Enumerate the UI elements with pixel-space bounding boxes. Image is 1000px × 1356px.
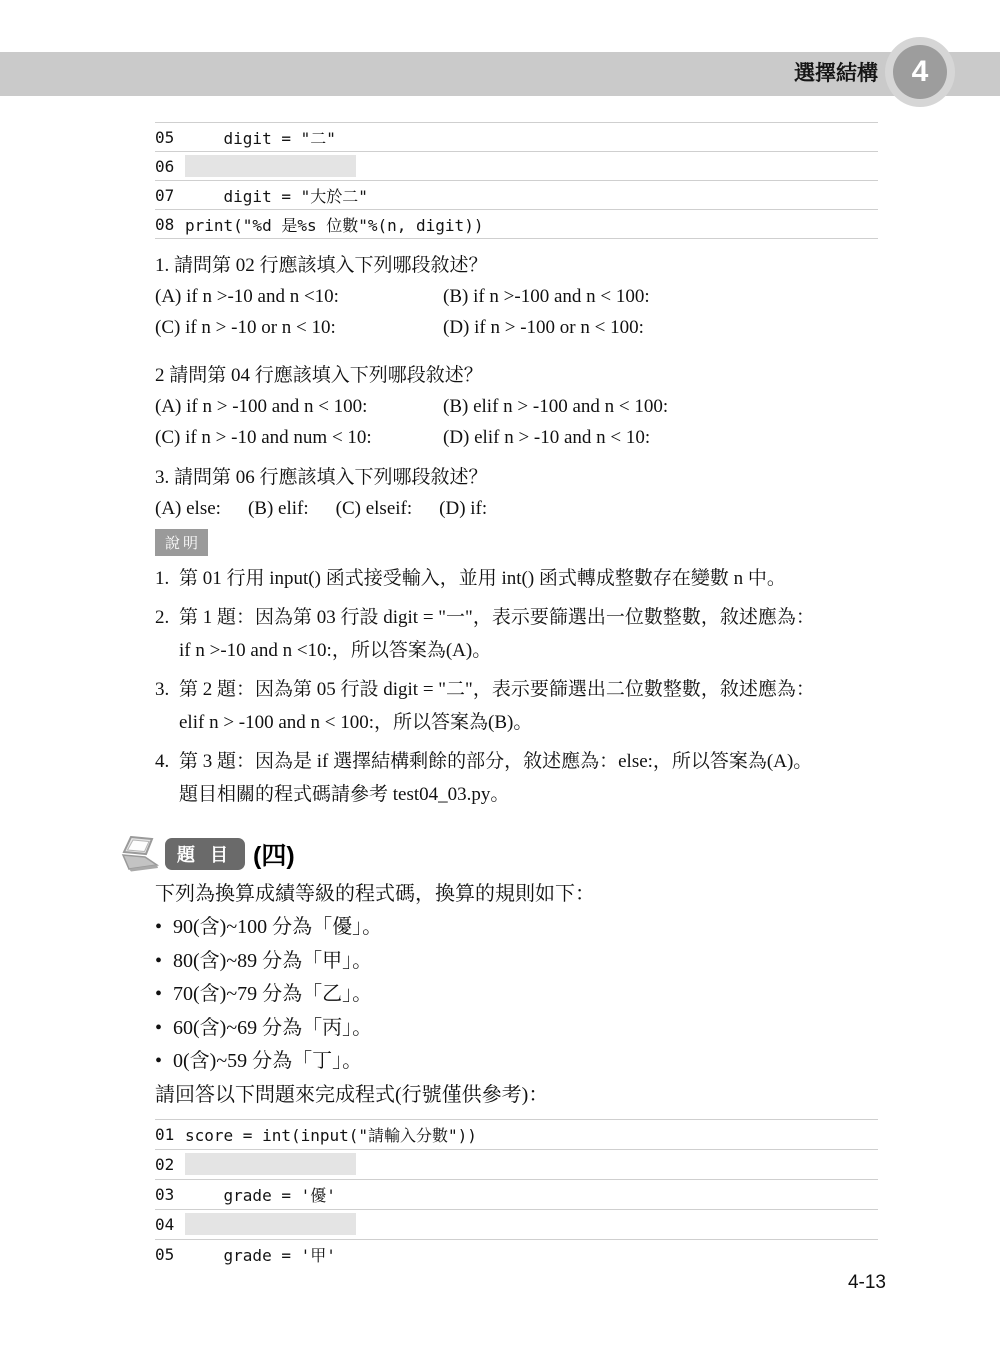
topic-header: 題 目 (四)	[117, 835, 878, 873]
bullet-icon: •	[155, 1045, 173, 1079]
option-c: (C) if n > -10 and num < 10:	[155, 422, 443, 453]
question-2-text: 2 請問第 04 行應該填入下列哪段敘述？	[155, 361, 878, 391]
line-number: 04	[155, 1215, 182, 1234]
chapter-header-bar: 選擇結構 4	[0, 52, 1000, 96]
option-a: (A) else:	[155, 493, 221, 524]
chapter-title: 選擇結構	[794, 52, 878, 96]
line-number: 03	[155, 1185, 182, 1204]
laptop-icon	[117, 836, 163, 872]
chapter-number: 4	[893, 45, 947, 99]
explanation-line: elif n > -100 and n < 100:，所以答案為(B)。	[179, 706, 878, 739]
code-row-02: 02	[155, 1149, 878, 1179]
option-b: (B) elif n > -100 and n < 100:	[443, 391, 878, 422]
question-3-options: (A) else: (B) elif: (C) elseif: (D) if:	[155, 493, 878, 524]
explanation-badge: 說明	[155, 529, 208, 556]
code-row-05: 05 grade = '甲'	[155, 1239, 878, 1269]
code-listing-bottom: 01 score = int(input("請輸入分數")) 02 03 gra…	[155, 1119, 878, 1269]
code-row-01: 01 score = int(input("請輸入分數"))	[155, 1119, 878, 1149]
topic-intro: 下列為換算成績等級的程式碼，換算的規則如下：	[155, 878, 878, 911]
option-a: (A) if n > -100 and n < 100:	[155, 391, 443, 422]
option-a: (A) if n >-10 and n <10:	[155, 281, 443, 312]
option-c: (C) if n > -10 or n < 10:	[155, 312, 443, 343]
code-text: digit = "大於二"	[185, 184, 368, 207]
bullet-icon: •	[155, 911, 173, 945]
line-number: 05	[155, 1245, 182, 1264]
topic-badge: 題 目	[165, 838, 245, 870]
line-number: 02	[155, 1155, 182, 1174]
option-b: (B) elif:	[248, 493, 309, 524]
code-row-03: 03 grade = '優'	[155, 1179, 878, 1209]
rule-text: 70(含)~79 分為「乙」。	[173, 978, 372, 1012]
code-listing-top: 05 digit = "二" 06 07 digit = "大於二" 08 pr…	[155, 122, 878, 239]
explanation-item-4: 4. 第 3 題：因為是 if 選擇結構剩餘的部分，敘述應為：else:，所以答…	[155, 745, 878, 811]
code-row-08: 08 print("%d 是%s 位數"%(n, digit))	[155, 209, 878, 238]
explanation-item-number: 3.	[155, 673, 179, 739]
line-number: 07	[155, 186, 182, 205]
blank-fill-box	[185, 1213, 356, 1235]
question-2: 2 請問第 04 行應該填入下列哪段敘述？ (A) if n > -100 an…	[155, 361, 878, 453]
code-text: grade = '優'	[185, 1183, 336, 1206]
code-text: digit = "二"	[185, 126, 336, 149]
explanation-item-3: 3. 第 2 題：因為第 05 行設 digit = "二"，表示要篩選出二位數…	[155, 673, 878, 739]
code-row-06: 06	[155, 151, 878, 180]
explanation-line: if n >-10 and n <10:，所以答案為(A)。	[179, 634, 878, 667]
option-d: (D) if:	[439, 493, 487, 524]
rule-bullet-4: • 60(含)~69 分為「丙」。	[155, 1012, 878, 1046]
line-number: 06	[155, 157, 182, 176]
option-b: (B) if n >-100 and n < 100:	[443, 281, 878, 312]
explanation-item-2: 2. 第 1 題：因為第 03 行設 digit = "一"，表示要篩選出一位數…	[155, 601, 878, 667]
rule-text: 0(含)~59 分為「丁」。	[173, 1045, 362, 1079]
chapter-number-badge: 4	[885, 37, 955, 107]
code-text: score = int(input("請輸入分數"))	[185, 1123, 477, 1146]
code-row-07: 07 digit = "大於二"	[155, 180, 878, 209]
bullet-icon: •	[155, 945, 173, 979]
bullet-icon: •	[155, 978, 173, 1012]
question-1-options: (A) if n >-10 and n <10: (B) if n >-100 …	[155, 281, 878, 343]
rule-text: 80(含)~89 分為「甲」。	[173, 945, 372, 979]
rule-bullet-3: • 70(含)~79 分為「乙」。	[155, 978, 878, 1012]
explanation-item-number: 4.	[155, 745, 179, 811]
explanation-line: 第 2 題：因為第 05 行設 digit = "二"，表示要篩選出二位數整數，…	[179, 673, 878, 706]
option-c: (C) elseif:	[336, 493, 413, 524]
option-d: (D) elif n > -10 and n < 10:	[443, 422, 878, 453]
explanation-line: 題目相關的程式碼請參考 test04_03.py。	[179, 778, 878, 811]
rule-bullet-2: • 80(含)~89 分為「甲」。	[155, 945, 878, 979]
question-3: 3. 請問第 06 行應該填入下列哪段敘述？ (A) else: (B) eli…	[155, 463, 878, 524]
blank-fill-box	[185, 155, 356, 177]
explanation-line: 第 1 題：因為第 03 行設 digit = "一"，表示要篩選出一位數整數，…	[179, 601, 878, 634]
line-number: 05	[155, 128, 182, 147]
code-row-04: 04	[155, 1209, 878, 1239]
code-text: grade = '甲'	[185, 1243, 336, 1266]
question-2-options: (A) if n > -100 and n < 100: (B) elif n …	[155, 391, 878, 453]
explanation-item-number: 2.	[155, 601, 179, 667]
rule-text: 90(含)~100 分為「優」。	[173, 911, 382, 945]
line-number: 01	[155, 1125, 182, 1144]
page-content: 05 digit = "二" 06 07 digit = "大於二" 08 pr…	[155, 122, 878, 1269]
line-number: 08	[155, 215, 182, 234]
code-row-05: 05 digit = "二"	[155, 122, 878, 151]
option-d: (D) if n > -100 or n < 100:	[443, 312, 878, 343]
topic-prompt: 請回答以下問題來完成程式(行號僅供參考)：	[155, 1079, 878, 1112]
explanation-line: 第 01 行用 input() 函式接受輸入，並用 int() 函式轉成整數存在…	[179, 562, 878, 595]
code-text: print("%d 是%s 位數"%(n, digit))	[185, 213, 483, 236]
blank-fill-box	[185, 1153, 356, 1175]
question-3-text: 3. 請問第 06 行應該填入下列哪段敘述？	[155, 463, 878, 493]
page-number: 4-13	[848, 1272, 886, 1294]
explanation-item-1: 1. 第 01 行用 input() 函式接受輸入，並用 int() 函式轉成整…	[155, 562, 878, 595]
rule-text: 60(含)~69 分為「丙」。	[173, 1012, 372, 1046]
rule-bullet-5: • 0(含)~59 分為「丁」。	[155, 1045, 878, 1079]
rule-bullet-1: • 90(含)~100 分為「優」。	[155, 911, 878, 945]
topic-number: (四)	[253, 836, 295, 872]
explanation-item-number: 1.	[155, 562, 179, 595]
question-1: 1. 請問第 02 行應該填入下列哪段敘述？ (A) if n >-10 and…	[155, 251, 878, 343]
explanation-line: 第 3 題：因為是 if 選擇結構剩餘的部分，敘述應為：else:，所以答案為(…	[179, 745, 878, 778]
bullet-icon: •	[155, 1012, 173, 1046]
question-1-text: 1. 請問第 02 行應該填入下列哪段敘述？	[155, 251, 878, 281]
